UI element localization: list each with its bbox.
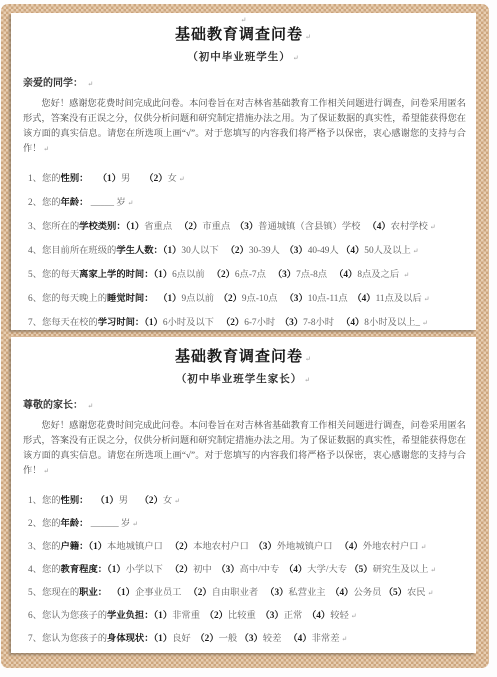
question-option-text: 7点-8点 <box>296 270 334 280</box>
question-key-text: 离家上学的时间： <box>79 270 153 280</box>
question-option-text: 省重点 <box>144 222 179 232</box>
question-key-text: （4） <box>352 294 375 304</box>
question-option-text: 8点及之后 <box>357 270 401 280</box>
question-option-text: 6点以前 <box>172 270 212 280</box>
question-list: 1、您的性别： （1）男 （2）女↵2、您的年龄： ______ 岁↵3、您的户… <box>28 494 476 653</box>
question-row: 6、您认为您孩子的学业负担：（1）非常重 （2）比较重 （3）正常 （4）较轻↵ <box>28 609 476 623</box>
paragraph-mark: ↵ <box>293 54 300 62</box>
paragraph-mark: ↵ <box>304 376 311 384</box>
paragraph-mark: ↵ <box>342 635 348 643</box>
question-key-text: （3） <box>285 294 308 304</box>
question-key-text: （2） <box>226 246 249 256</box>
paragraph-mark: ↵ <box>88 80 94 88</box>
question-key-text: 学业负担： <box>107 611 154 621</box>
question-key-text: （1） <box>154 270 173 280</box>
question-option-text: 3、您的 <box>28 542 61 552</box>
question-key-text: （2） <box>144 174 167 184</box>
question-row: 6、您的每天晚上的睡觉时间： （1）9点以前 （2）9点-10点 （3）10点-… <box>28 292 476 306</box>
question-option-text: 自由职业者 <box>212 588 265 598</box>
question-option-text: 5、您的每天 <box>28 270 79 280</box>
question-key-text: （2） <box>221 318 244 328</box>
question-key-text: （4） <box>334 270 357 280</box>
question-option-text: 女 <box>168 174 177 184</box>
question-option-text: 市重点 <box>202 222 235 232</box>
question-key-text: （2） <box>188 588 211 598</box>
greeting-line: 亲爱的同学： ↵ <box>23 78 476 90</box>
paragraph-mark: ↵ <box>174 497 180 505</box>
question-key-text: 年龄： <box>61 519 89 529</box>
question-option-text: 一般 <box>219 634 240 644</box>
question-key-text: （3） <box>280 318 303 328</box>
question-option-text: 小学以下 <box>126 565 170 575</box>
question-key-text: （4） <box>330 588 353 598</box>
intro-paragraph: 您好！感谢您花费时间完成此问卷。本问卷旨在对吉林省基础教育工作相关问题进行调查，… <box>23 418 466 479</box>
question-key-text: 睡觉时间： <box>107 294 154 304</box>
question-key-text: （2） <box>212 270 235 280</box>
page-subtitle-text: （初中毕业班学生家长） <box>176 374 303 385</box>
paragraph-mark: ↵ <box>128 199 134 207</box>
question-row: 5、您的每天离家上学的时间：（1）6点以前 （2）6点-7点 （3）7点-8点 … <box>28 268 476 282</box>
question-key-text: （1） <box>163 246 182 256</box>
question-option-text: 研究生及以上 <box>373 565 429 575</box>
question-key-text: （3） <box>265 588 288 598</box>
intro-text: 您好！感谢您花费时间完成此问卷。本问卷旨在对吉林省基础教育工作相关问题进行调查，… <box>23 98 466 153</box>
paragraph-mark: ↵ <box>88 402 94 410</box>
question-row: 4、您的教育程度：（1）小学以下 （2）初中 （3）高中/中专 （4）大学/大专… <box>28 563 476 577</box>
question-option-text: 4、您目前所在班级的 <box>28 246 116 256</box>
question-option-text: 农民 <box>407 588 426 598</box>
paragraph-mark: ↵ <box>424 295 430 303</box>
question-option-text: 较差 <box>263 634 289 644</box>
question-option-text: 6、您认为您孩子的 <box>28 611 107 621</box>
questionnaire-page-student: ↵ 基础教育调查问卷↵ （初中毕业班学生）↵ 亲爱的同学： ↵ 您好！感谢您花费… <box>11 13 476 330</box>
page-title-text: 基础教育调查问卷 <box>175 27 303 43</box>
question-key-text: （1） <box>144 318 163 328</box>
question-key-text: （1） <box>95 496 118 506</box>
paragraph-mark: ↵ <box>421 543 427 551</box>
question-option-text: ______ 岁 <box>88 519 130 529</box>
question-key-text: （5） <box>384 588 407 598</box>
question-row: 3、您所在的学校类别：（1）省重点 （2）市重点 （3）普通城镇（含县镇）学校 … <box>28 220 476 234</box>
question-key-text: 学生人数： <box>116 246 163 256</box>
question-option-text: 初中 <box>193 565 216 575</box>
question-option-text: 私营业主 <box>288 588 330 598</box>
question-key-text: （3） <box>235 222 258 232</box>
question-key-text: （1） <box>126 222 145 232</box>
question-key-text: 学校类别： <box>79 222 126 232</box>
question-option-text: 女 <box>163 496 172 506</box>
question-key-text: （1） <box>107 565 126 575</box>
question-option-text: 40-49人 <box>308 246 341 256</box>
question-option-text: 6、您的每天晚上的 <box>28 294 107 304</box>
question-key-text: （3） <box>216 565 239 575</box>
question-row: 2、您的年龄： ______ 岁↵ <box>28 517 476 531</box>
question-key-text: （1） <box>98 174 121 184</box>
question-key-text: （2） <box>170 565 193 575</box>
question-option-text: 大学/大专 <box>307 565 349 575</box>
question-option-text: 普通城镇（含县镇）学校 <box>258 222 367 232</box>
paragraph-mark: ↵ <box>413 247 419 255</box>
question-option-text: 男 <box>119 496 128 506</box>
paragraph-mark: ↵ <box>422 319 428 327</box>
question-option-text: 较轻 <box>330 611 349 621</box>
question-key-text: （4） <box>340 542 363 552</box>
question-key-text: 教育程度： <box>61 565 108 575</box>
paragraph-mark: ↵ <box>305 33 312 41</box>
question-option-text: 9点-10点 <box>242 294 285 304</box>
screenshot-root: { "pmark": "↵", "pages": [ { "title": "基… <box>0 0 497 677</box>
question-option-text: 6小时及以下 <box>163 318 221 328</box>
question-key-text: 身体现状： <box>107 634 154 644</box>
question-key-text: （4） <box>284 565 307 575</box>
question-key-text: （4） <box>367 222 390 232</box>
question-key-text: （1） <box>158 294 181 304</box>
page-title-text: 基础教育调查问卷 <box>175 349 303 365</box>
question-option-text: 男 <box>121 174 130 184</box>
question-key-text: （4） <box>288 634 311 644</box>
question-option-text: 非常差 <box>312 634 340 644</box>
question-key-text: （4） <box>307 611 330 621</box>
paragraph-mark: ↵ <box>11 16 476 25</box>
paragraph-mark: ↵ <box>428 589 434 597</box>
question-option-text: 50人及以上 <box>364 246 411 256</box>
greeting-text: 亲爱的同学： <box>23 78 83 89</box>
question-key-text: （3） <box>273 270 296 280</box>
question-option-text: _____ 岁 <box>88 198 125 208</box>
page-title: 基础教育调查问卷↵ <box>11 27 476 46</box>
question-option-text: 3、您所在的 <box>28 222 79 232</box>
question-option-text <box>130 174 144 184</box>
paragraph-mark: ↵ <box>43 145 49 153</box>
intro-text: 您好！感谢您花费时间完成此问卷。本问卷旨在对吉林省基础教育工作相关问题进行调查，… <box>23 420 466 475</box>
question-option-text: 6-7小时 <box>244 318 280 328</box>
question-option-text: 企事业员工 <box>135 588 188 598</box>
page-subtitle: （初中毕业班学生家长）↵ <box>11 374 476 386</box>
question-option-text: 8小时及以上_ <box>364 318 420 328</box>
question-row: 3、您的户籍：（1）本地城镇户口 （2）本地农村户口 （3）外地城镇户口 （4）… <box>28 540 476 554</box>
question-key-text: （5） <box>349 565 372 575</box>
question-key-text: （4） <box>341 246 364 256</box>
question-option-text: 本地农村户口 <box>193 542 253 552</box>
paragraph-mark: ↵ <box>404 271 410 279</box>
question-key-text: （3） <box>260 611 283 621</box>
question-option-text: 30-39人 <box>249 246 285 256</box>
question-option-text: 1、您的 <box>28 174 61 184</box>
question-key-text: 职业： <box>79 588 107 598</box>
question-option-text: 外地城镇户口 <box>277 542 340 552</box>
question-option-text: 4、您的 <box>28 565 61 575</box>
question-row: 5、您现在的职业： （1）企事业员工 （2）自由职业者 （3）私营业主 （4）公… <box>28 586 476 600</box>
question-key-text: （3） <box>254 542 277 552</box>
question-option-text: 非常重 <box>172 611 205 621</box>
greeting-line: 尊敬的家长： ↵ <box>23 400 476 412</box>
question-option-text: 7-8小时 <box>303 318 341 328</box>
question-key-text: （2） <box>195 634 218 644</box>
question-option-text: 公务员 <box>353 588 383 598</box>
question-key-text: 户籍： <box>61 542 89 552</box>
paragraph-mark: ↵ <box>305 355 312 363</box>
greeting-text: 尊敬的家长： <box>23 400 83 411</box>
questionnaire-page-parent: 基础教育调查问卷↵ （初中毕业班学生家长）↵ 尊敬的家长： ↵ 您好！感谢您花费… <box>11 337 476 653</box>
question-row: 4、您目前所在班级的学生人数：（1）30人以下 （2）30-39人 （3）40-… <box>28 244 476 258</box>
question-option-text: 10点-11点 <box>308 294 353 304</box>
question-row: 7、您每天在校的学习时间：（1）6小时及以下 （2）6-7小时 （3）7-8小时… <box>28 316 476 330</box>
question-option-text: 正常 <box>284 611 307 621</box>
question-key-text: （3） <box>284 246 307 256</box>
paragraph-mark: ↵ <box>430 566 436 574</box>
page-subtitle-text: （初中毕业班学生） <box>187 52 291 63</box>
question-key-text: （2） <box>205 611 228 621</box>
question-option-text: 6点-7点 <box>235 270 273 280</box>
question-option-text: 1、您的 <box>28 496 61 506</box>
question-option-text: 本地城镇户口 <box>107 542 170 552</box>
question-option-text: 7、您认为您孩子的 <box>28 634 107 644</box>
question-option-text: 农村学校 <box>391 222 428 232</box>
question-key-text: （2） <box>219 294 242 304</box>
question-option-text: 高中/中专 <box>240 565 284 575</box>
question-key-text: （4） <box>341 318 364 328</box>
question-option-text: 比较重 <box>228 611 261 621</box>
question-key-text: 年龄： <box>61 198 89 208</box>
question-row: 2、您的年龄： _____ 岁↵ <box>28 196 476 210</box>
question-option-text <box>128 496 140 506</box>
question-key-text: （2） <box>140 496 163 506</box>
intro-paragraph: 您好！感谢您花费时间完成此问卷。本问卷旨在对吉林省基础教育工作相关问题进行调查，… <box>23 96 466 157</box>
question-row: 1、您的性别： （1）男 （2）女↵ <box>28 172 476 186</box>
page-subtitle: （初中毕业班学生）↵ <box>11 52 476 64</box>
question-key-text: 学习时间： <box>98 318 145 328</box>
question-key-text: （2） <box>179 222 202 232</box>
paragraph-mark: ↵ <box>132 520 138 528</box>
question-option-text <box>88 174 97 184</box>
question-row: 7、您认为您孩子的身体现状：（1）良好 （2）一般 （3）较差 （4）非常差↵ <box>28 632 476 646</box>
question-key-text: （3） <box>240 634 263 644</box>
question-option-text: 7、您每天在校的 <box>28 318 98 328</box>
question-key-text: （1） <box>88 542 107 552</box>
paragraph-mark: ↵ <box>351 612 357 620</box>
question-key-text: 性别： <box>61 174 89 184</box>
paragraph-mark: ↵ <box>430 223 436 231</box>
question-key-text: （2） <box>170 542 193 552</box>
question-option-text: 外地农村户口 <box>363 542 419 552</box>
question-key-text: （1） <box>112 588 135 598</box>
question-option-text: 2、您的 <box>28 519 61 529</box>
page-title: 基础教育调查问卷↵ <box>11 349 476 368</box>
question-key-text: 性别： <box>61 496 89 506</box>
paragraph-mark: ↵ <box>43 467 49 475</box>
question-key-text: （1） <box>154 611 173 621</box>
question-option-text: 9点以前 <box>181 294 218 304</box>
question-option-text: 11点及以后 <box>376 294 422 304</box>
paragraph-mark: ↵ <box>179 175 185 183</box>
question-row: 1、您的性别： （1）男 （2）女↵ <box>28 494 476 508</box>
question-option-text: 2、您的 <box>28 198 61 208</box>
question-option-text: 30人以下 <box>181 246 225 256</box>
question-option-text: 5、您现在的 <box>28 588 79 598</box>
question-option-text: 良好 <box>172 634 195 644</box>
question-list: 1、您的性别： （1）男 （2）女↵2、您的年龄： _____ 岁↵3、您所在的… <box>28 172 476 330</box>
question-key-text: （1） <box>154 634 173 644</box>
